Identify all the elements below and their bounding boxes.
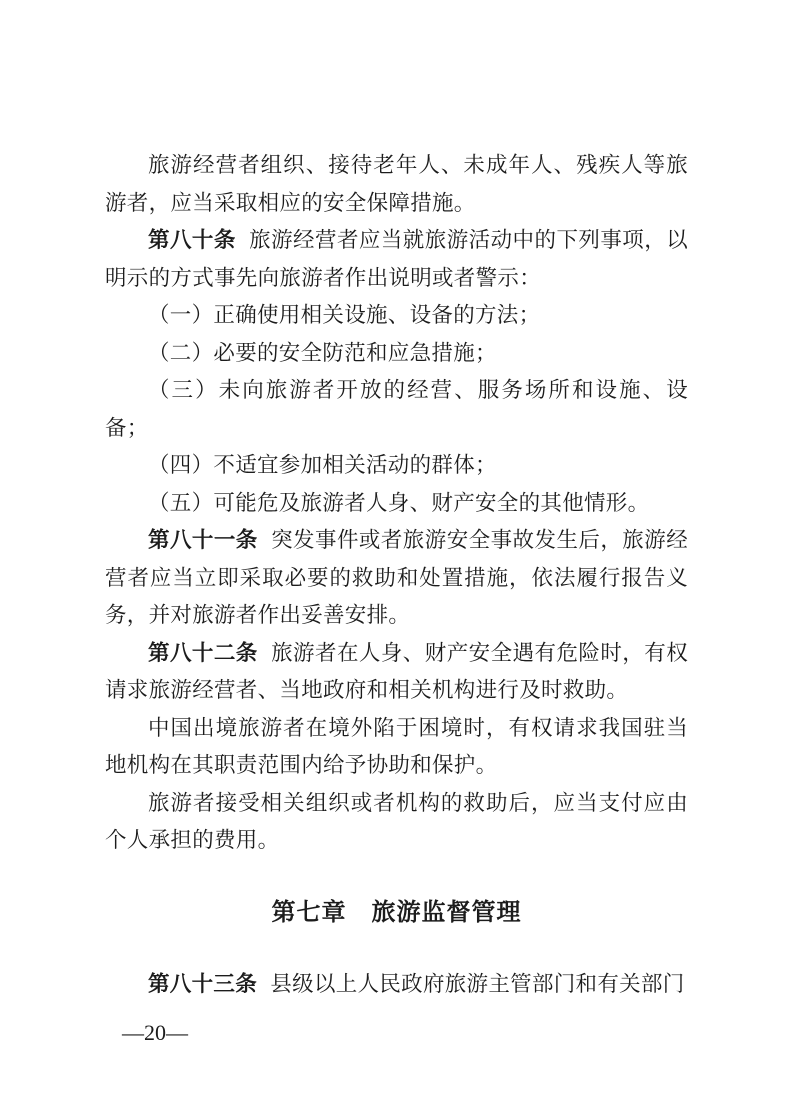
article-number: 第八十条 [148,228,236,252]
list-item-3: （三）未向旅游者开放的经营、服务场所和设施、设备； [105,372,688,447]
paragraph: 中国出境旅游者在境外陷于困境时，有权请求我国驻当地机构在其职责范围内给予协助和保… [105,710,688,785]
paragraph-article-81: 第八十一条突发事件或者旅游安全事故发生后，旅游经营者应当立即采取必要的救助和处置… [105,522,688,635]
list-item-4: （四）不适宜参加相关活动的群体； [105,447,688,485]
page-number: —20— [122,1020,188,1046]
paragraph-text: （一）正确使用相关设施、设备的方法； [148,303,540,327]
paragraph-article-80: 第八十条旅游经营者应当就旅游活动中的下列事项，以明示的方式事先向旅游者作出说明或… [105,222,688,297]
paragraph-text: （二）必要的安全防范和应急措施； [148,341,497,365]
chapter-heading: 第七章 旅游监督管理 [105,894,688,932]
paragraph-text: （五）可能危及旅游者人身、财产安全的其他情形。 [148,491,649,515]
paragraph-text: 旅游者接受相关组织或者机构的救助后，应当支付应由个人承担的费用。 [105,791,688,853]
paragraph-article-83: 第八十三条县级以上人民政府旅游主管部门和有关部门 [105,966,688,1004]
paragraph-text: 县级以上人民政府旅游主管部门和有关部门 [270,972,684,996]
article-number: 第八十一条 [148,528,258,552]
document-page: 旅游经营者组织、接待老年人、未成年人、残疾人等旅游者，应当采取相应的安全保障措施… [0,0,790,1119]
paragraph-text: （三）未向旅游者开放的经营、服务场所和设施、设备； [105,378,688,440]
article-number: 第八十三条 [148,972,257,996]
paragraph-text: 中国出境旅游者在境外陷于困境时，有权请求我国驻当地机构在其职责范围内给予协助和保… [105,716,688,778]
text-block: 旅游经营者组织、接待老年人、未成年人、残疾人等旅游者，应当采取相应的安全保障措施… [105,147,688,1004]
paragraph: 旅游经营者组织、接待老年人、未成年人、残疾人等旅游者，应当采取相应的安全保障措施… [105,147,688,222]
list-item-5: （五）可能危及旅游者人身、财产安全的其他情形。 [105,485,688,523]
paragraph-article-82: 第八十二条旅游者在人身、财产安全遇有危险时，有权请求旅游经营者、当地政府和相关机… [105,635,688,710]
paragraph-text: 旅游经营者组织、接待老年人、未成年人、残疾人等旅游者，应当采取相应的安全保障措施… [105,153,688,215]
list-item-2: （二）必要的安全防范和应急措施； [105,335,688,373]
paragraph-text: （四）不适宜参加相关活动的群体； [148,453,497,477]
list-item-1: （一）正确使用相关设施、设备的方法； [105,297,688,335]
paragraph: 旅游者接受相关组织或者机构的救助后，应当支付应由个人承担的费用。 [105,785,688,860]
article-number: 第八十二条 [148,641,258,665]
